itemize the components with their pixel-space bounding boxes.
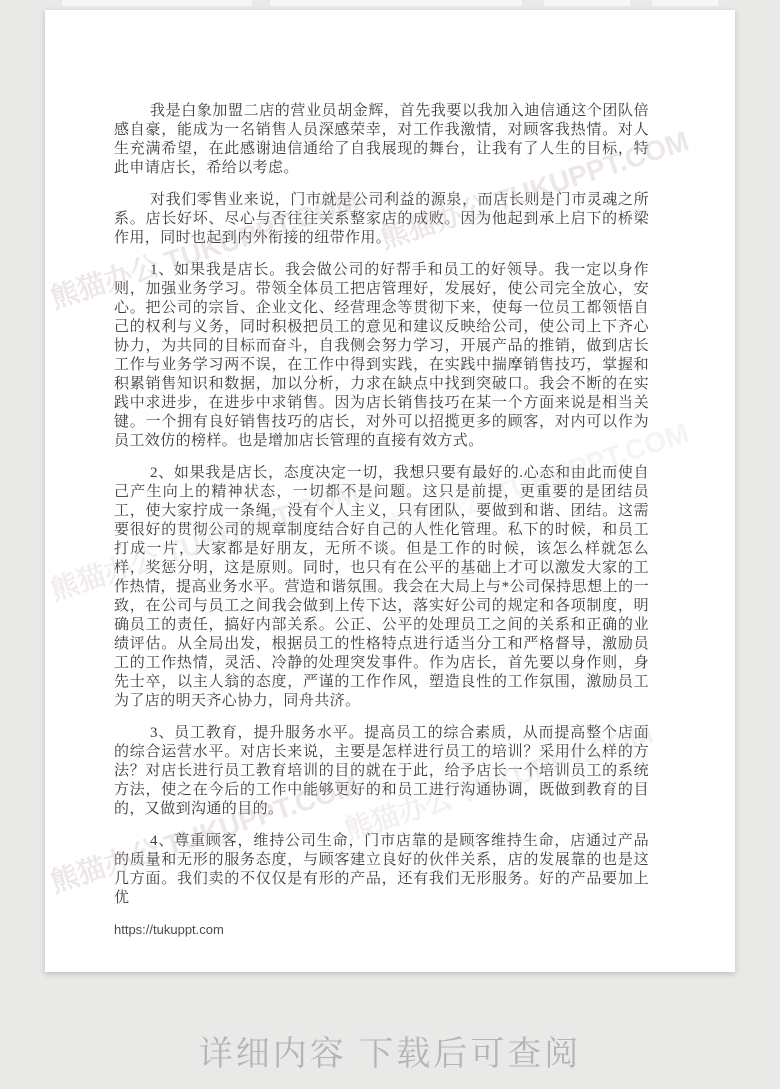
paragraph: 4、尊重顾客，维持公司生命，门市店靠的是顾客维持生命，店通过产品的质量和无形的服… [114, 832, 649, 908]
paragraph: 2、如果我是店长，态度决定一切，我想只要有最好的.心态和由此而使自己产生向上的精… [114, 464, 649, 711]
bottom-bar-label: 详细内容 下载后可查阅 [199, 1026, 581, 1075]
previous-page-edge [652, 0, 718, 6]
previous-page-edge [62, 0, 252, 6]
page-source-link: https://tukuppt.com [114, 922, 649, 937]
document-page: 熊猫办公 TUKUPPT.COM 熊猫办公 TUKUPPT.COM 熊猫办公 T… [45, 10, 735, 972]
paragraph: 我是白象加盟二店的营业员胡金辉，首先我要以我加入迪信通这个团队倍感自豪，能成为一… [114, 102, 649, 178]
paragraph: 对我们零售业来说，门市就是公司利益的源泉，而店长则是门市灵魂之所系。店长好坏、尽… [114, 191, 649, 248]
previous-page-edge [544, 0, 630, 6]
document-body: 我是白象加盟二店的营业员胡金辉，首先我要以我加入迪信通这个团队倍感自豪，能成为一… [114, 102, 649, 908]
bottom-bar: 详细内容 下载后可查阅 [0, 1012, 780, 1089]
paragraph: 1、如果我是店长。我会做公司的好帮手和员工的好领导。我一定以身作则，加强业务学习… [114, 261, 649, 451]
previous-page-edge [270, 0, 522, 6]
paragraph: 3、员工教育，提升服务水平。提高员工的综合素质，从而提高整个店面的综合运营水平。… [114, 724, 649, 819]
